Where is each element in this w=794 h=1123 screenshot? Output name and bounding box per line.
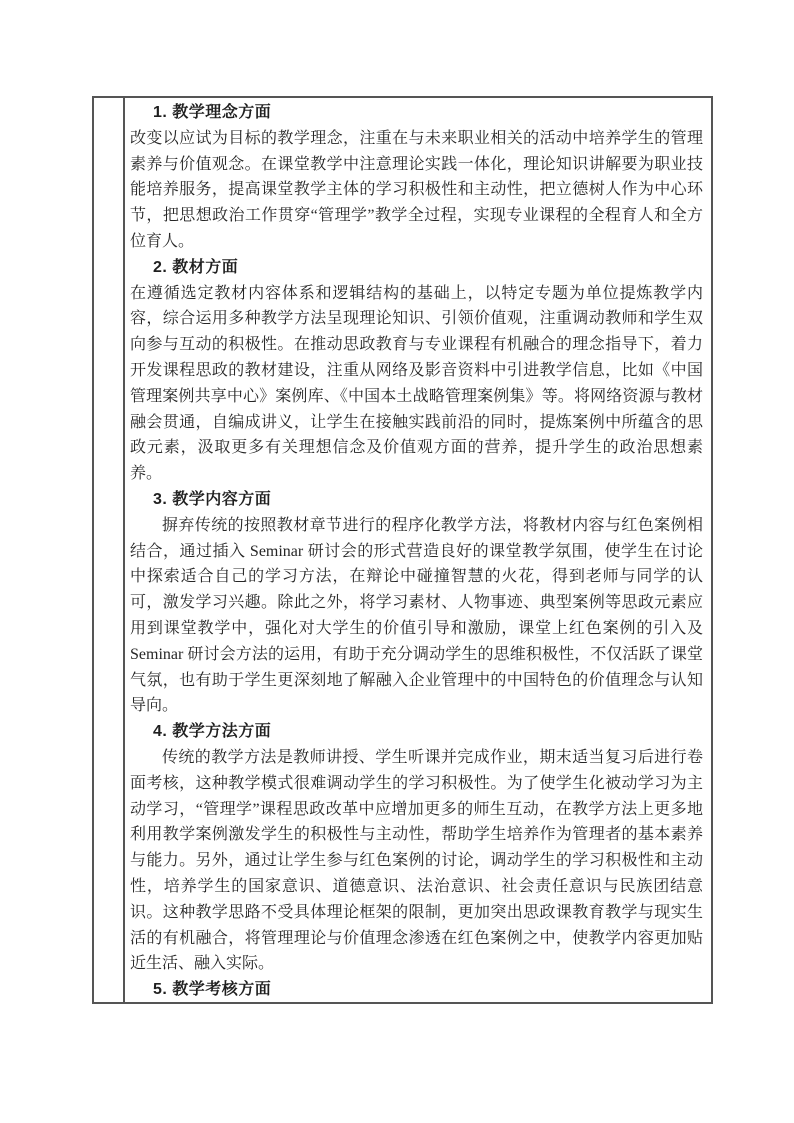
section-teaching-methods: 4. 教学方法方面 传统的教学方法是教师讲授、学生听课并完成作业，期末适当复习后… xyxy=(130,719,703,977)
section-heading: 1. 教学理念方面 xyxy=(130,100,703,126)
section-teaching-materials: 2. 教材方面 在遵循选定教材内容体系和逻辑结构的基础上，以特定专题为单位提炼教… xyxy=(130,255,703,487)
section-teaching-assessment: 5. 教学考核方面 为了更好地调动学生对管理学课程的学习积极性及对管理学中隐含的… xyxy=(130,977,703,1002)
section-heading: 5. 教学考核方面 xyxy=(130,977,703,1002)
section-paragraph: 改变以应试为目标的教学理念，注重在与未来职业相关的活动中培养学生的管理素养与价值… xyxy=(130,126,703,255)
section-teaching-content: 3. 教学内容方面 摒弃传统的按照教材章节进行的程序化教学方法，将教材内容与红色… xyxy=(130,487,703,719)
section-paragraph: 传统的教学方法是教师讲授、学生听课并完成作业，期末适当复习后进行卷面考核，这种教… xyxy=(130,745,703,977)
section-paragraph: 摒弃传统的按照教材章节进行的程序化教学方法，将教材内容与红色案例相结合，通过插入… xyxy=(130,513,703,719)
table-main-cell: 1. 教学理念方面 改变以应试为目标的教学理念，注重在与未来职业相关的活动中培养… xyxy=(125,98,711,1002)
section-teaching-philosophy: 1. 教学理念方面 改变以应试为目标的教学理念，注重在与未来职业相关的活动中培养… xyxy=(130,100,703,255)
document-page: 1. 教学理念方面 改变以应试为目标的教学理念，注重在与未来职业相关的活动中培养… xyxy=(0,0,794,1123)
table-left-cell xyxy=(94,98,125,1002)
section-paragraph: 在遵循选定教材内容体系和逻辑结构的基础上，以特定专题为单位提炼教学内容，综合运用… xyxy=(130,281,703,487)
section-heading: 2. 教材方面 xyxy=(130,255,703,281)
section-heading: 4. 教学方法方面 xyxy=(130,719,703,745)
review-table: 1. 教学理念方面 改变以应试为目标的教学理念，注重在与未来职业相关的活动中培养… xyxy=(92,96,713,1004)
section-heading: 3. 教学内容方面 xyxy=(130,487,703,513)
